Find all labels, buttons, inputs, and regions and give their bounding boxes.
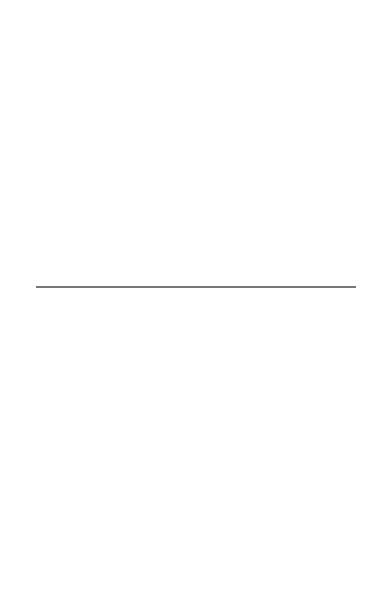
- info-row-isbn: [36, 514, 92, 530]
- info-row-publisher: [36, 344, 92, 360]
- info-row-print-supervisor: [36, 327, 92, 343]
- info-row-word-count: [36, 463, 92, 479]
- info-row-edition: [36, 497, 92, 513]
- info-row-email: [36, 395, 92, 411]
- info-row-phone: [36, 378, 92, 394]
- info-row-format: [36, 446, 92, 462]
- info-row-distributor: [36, 412, 92, 428]
- info-row-printer: [36, 429, 92, 445]
- info-row-address: [36, 361, 92, 377]
- info-row-editor: [36, 310, 92, 326]
- top-divider: [36, 286, 356, 288]
- copyright-page: [0, 0, 375, 606]
- info-row-sheets: [36, 480, 92, 496]
- info-row-planning: [36, 293, 92, 309]
